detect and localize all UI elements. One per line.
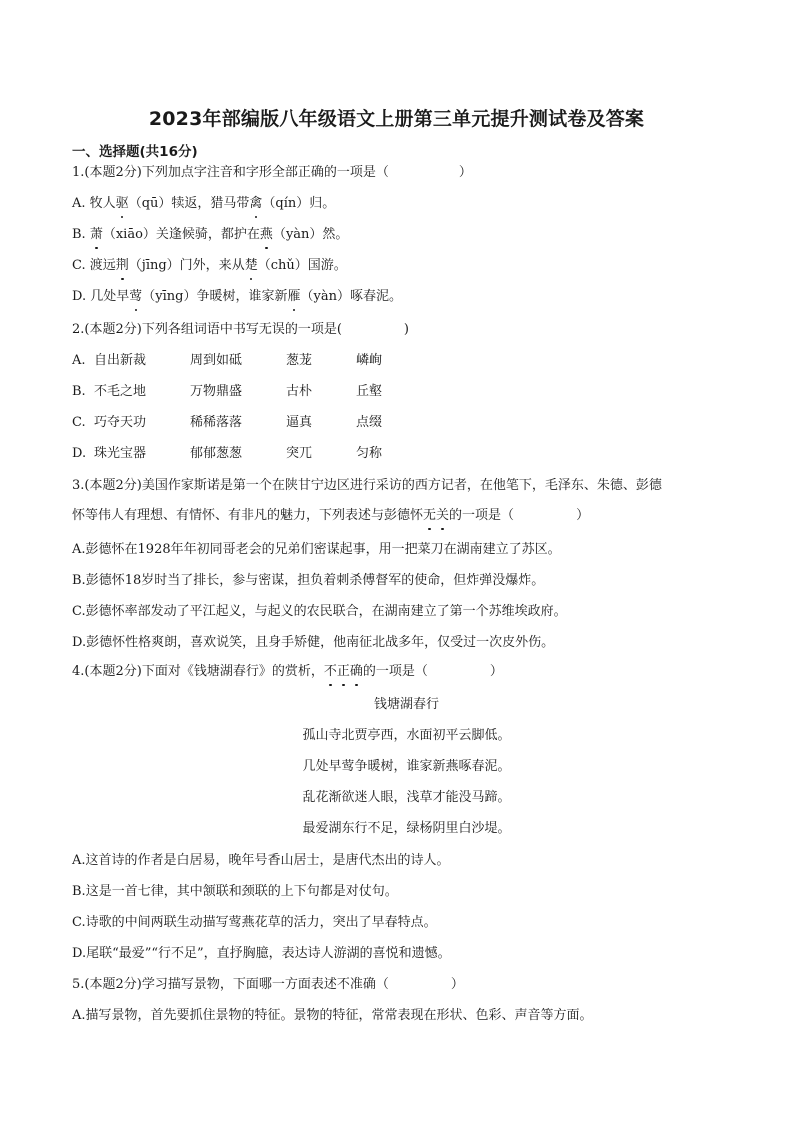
question-2-option-a: A.自出新裁周到如砥葱茏嶙峋 (72, 352, 382, 370)
question-2-option-d: D.珠光宝器郁郁葱葱突兀匀称 (72, 445, 382, 463)
question-1-option-c: C. 渡远荆（jīng）门外，来从楚（chǔ）国游。 (72, 257, 347, 275)
question-4-option-c: C.诗歌的中间两联生动描写莺燕花草的活力，突出了早春特点。 (72, 914, 437, 932)
question-1-option-d: D. 几处早莺（yīng）争暖树，谁家新雁（yàn）啄春泥。 (72, 288, 402, 306)
question-3-option-a: A.彭德怀在1928年年初同哥老会的兄弟们密谋起事，用一把菜刀在湖南建立了苏区。 (72, 541, 561, 559)
question-3-option-d: D.彭德怀性格爽朗，喜欢说笑，且身手矫健，他南征北战多年，仅受过一次皮外伤。 (72, 634, 554, 652)
question-3-stem-line1: 3.(本题2分)美国作家斯诺是第一个在陕甘宁边区进行采访的西方记者，在他笔下，毛… (72, 477, 662, 495)
poem-line-2: 几处早莺争暖树，谁家新燕啄春泥。 (10, 758, 793, 776)
question-4-option-d: D.尾联“最爱”“行不足”，直抒胸臆，表达诗人游湖的喜悦和遗憾。 (72, 945, 451, 963)
question-1-stem: 1.(本题2分)下列加点字注音和字形全部正确的一项是（） (72, 164, 472, 182)
question-3-option-b: B.彭德怀18岁时当了排长，参与密谋，担负着刺杀傅督军的使命，但炸弹没爆炸。 (72, 572, 544, 590)
question-5-stem: 5.(本题2分)学习描写景物，下面哪一方面表述不准确（） (72, 976, 464, 994)
poem-line-3: 乱花渐欲迷人眼，浅草才能没马蹄。 (10, 789, 793, 807)
question-4-option-a: A.这首诗的作者是白居易，晚年号香山居士，是唐代杰出的诗人。 (72, 852, 450, 870)
question-3-stem-line2: 怀等伟人有理想、有情怀、有非凡的魅力，下列表述与彭德怀无关的一项是（） (72, 507, 589, 525)
question-2-option-b: B.不毛之地万物鼎盛古朴丘壑 (72, 383, 382, 401)
question-2-option-c: C.巧夺天功稀稀落落逼真点缀 (72, 414, 382, 432)
poem-line-4: 最爱湖东行不足，绿杨阴里白沙堤。 (10, 820, 793, 838)
question-1-option-a: A. 牧人驱（qū）犊返，猎马带禽（qín）归。 (72, 195, 335, 213)
poem-line-1: 孤山寺北贾亭西，水面初平云脚低。 (10, 727, 793, 745)
question-1-option-b: B. 萧（xiāo）关逢候骑，都护在燕（yàn）然。 (72, 226, 348, 244)
poem-title: 钱塘湖春行 (10, 696, 793, 714)
question-4-stem: 4.(本题2分)下面对《钱塘湖春行》的赏析，不正确的一项是（） (72, 663, 503, 681)
question-4-option-b: B.这是一首七律，其中颔联和颈联的上下句都是对仗句。 (72, 883, 398, 901)
question-3-option-c: C.彭德怀率部发动了平江起义，与起义的农民联合，在湖南建立了第一个苏维埃政府。 (72, 603, 567, 621)
section-heading: 一、选择题(共16分) (72, 140, 198, 160)
question-2-stem: 2.(本题2分)下列各组词语中书写无误的一项是() (72, 321, 409, 339)
question-5-option-a: A.描写景物，首先要抓住景物的特征。景物的特征，常常表现在形状、色彩、声音等方面… (72, 1007, 593, 1025)
page-title: 2023年部编版八年级语文上册第三单元提升测试卷及答案 (0, 104, 793, 131)
